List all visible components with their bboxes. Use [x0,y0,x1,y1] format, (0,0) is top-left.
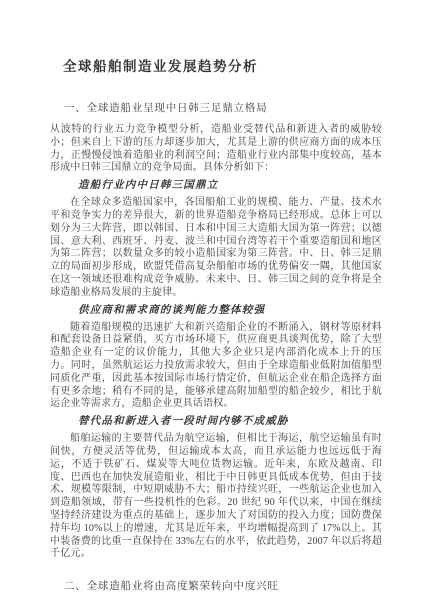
subsection-3-paragraph: 船舶运输的主要替代品为航空运输，但相比于海运，航空运输虽有时间快，方便灵活等优势… [50,433,382,561]
subsection-1-heading: 造船行业内中日韩三国鼎立 [78,179,382,192]
subsection-2-heading: 供应商和需求商的谈判能力整体较强 [78,304,382,317]
subsection-2-paragraph: 随着造船规模的迅速扩大和新兴造船企业的不断涌入，钢材等原材料和配套设备日益紧俏，… [50,322,382,412]
subsection-3-heading: 替代品和新进入者一段时间内够不成威胁 [78,415,382,428]
doc-title: 全球船舶制造业发展趋势分析 [63,59,382,75]
section-1-intro-paragraph: 从波特的行业五力竞争模型分析，造船业受替代品和新进入者的威胁较小；但来自上下游的… [50,124,382,175]
section-2-heading: 二、全球造船业将由高度繁荣转向中度兴旺 [64,580,382,593]
document-page: 全球船舶制造业发展趋势分析 一、全球造船业呈现中日韩三足鼎立格局 从波特的行业五… [0,0,424,600]
subsection-1-paragraph: 在全球众多造船国家中，各国船舶工业的规模、能力、产量、技术水平和竞争实力的差异很… [50,197,382,299]
section-1-heading: 一、全球造船业呈现中日韩三足鼎立格局 [64,102,382,115]
